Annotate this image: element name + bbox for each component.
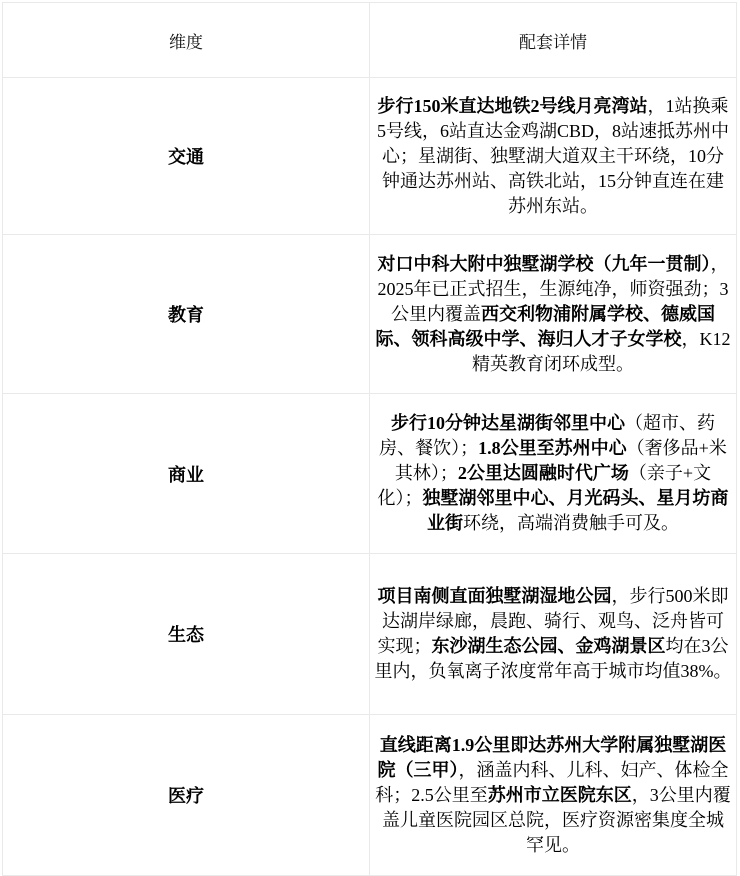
detail-segment: 步行10分钟达星湖街邻里中心 <box>391 413 625 433</box>
dimension-cell: 教育 <box>3 235 370 394</box>
header-row: 维度 配套详情 <box>3 3 737 78</box>
header-dimension: 维度 <box>3 3 370 78</box>
header-details: 配套详情 <box>370 3 737 78</box>
detail-segment: 苏州市立医院东区 <box>488 785 632 805</box>
detail-segment: 1.8公里至苏州中心 <box>478 438 627 458</box>
dimension-label: 教育 <box>168 305 204 325</box>
details-text: 对口中科大附中独墅湖学校（九年一贯制），2025年已正式招生，生源纯净，师资强劲… <box>376 254 731 374</box>
dimension-label: 医疗 <box>168 786 204 806</box>
dimension-label: 生态 <box>168 625 204 645</box>
table-row: 交通 步行150米直达地铁2号线月亮湾站，1站换乘5号线，6站直达金鸡湖CBD，… <box>3 78 737 235</box>
detail-segment: 2公里达圆融时代广场 <box>458 463 629 483</box>
details-text: 步行10分钟达星湖街邻里中心（超市、药房、餐饮）；1.8公里至苏州中心（奢侈品+… <box>378 413 729 533</box>
table-row: 医疗 直线距离1.9公里即达苏州大学附属独墅湖医院（三甲），涵盖内科、儿科、妇产… <box>3 715 737 876</box>
detail-segment: 东沙湖生态公园、金鸡湖景区 <box>432 636 666 656</box>
details-cell: 步行150米直达地铁2号线月亮湾站，1站换乘5号线，6站直达金鸡湖CBD，8站速… <box>370 78 737 235</box>
dimension-cell: 商业 <box>3 394 370 554</box>
dimension-cell: 交通 <box>3 78 370 235</box>
dimension-cell: 生态 <box>3 554 370 715</box>
details-cell: 直线距离1.9公里即达苏州大学附属独墅湖医院（三甲），涵盖内科、儿科、妇产、体检… <box>370 715 737 876</box>
details-text: 项目南侧直面独墅湖湿地公园，步行500米即达湖岸绿廊，晨跑、骑行、观鸟、泛舟皆可… <box>375 586 732 681</box>
table-row: 教育 对口中科大附中独墅湖学校（九年一贯制），2025年已正式招生，生源纯净，师… <box>3 235 737 394</box>
details-cell: 对口中科大附中独墅湖学校（九年一贯制），2025年已正式招生，生源纯净，师资强劲… <box>370 235 737 394</box>
detail-segment: 步行150米直达地铁2号线月亮湾站 <box>378 96 648 116</box>
table-row: 商业 步行10分钟达星湖街邻里中心（超市、药房、餐饮）；1.8公里至苏州中心（奢… <box>3 394 737 554</box>
detail-segment: 项目南侧直面独墅湖湿地公园 <box>378 586 612 606</box>
table-body: 交通 步行150米直达地铁2号线月亮湾站，1站换乘5号线，6站直达金鸡湖CBD，… <box>3 78 737 876</box>
dimension-cell: 医疗 <box>3 715 370 876</box>
detail-segment: 环绕，高端消费触手可及。 <box>463 513 679 533</box>
details-text: 直线距离1.9公里即达苏州大学附属独墅湖医院（三甲），涵盖内科、儿科、妇产、体检… <box>375 735 731 855</box>
details-text: 步行150米直达地铁2号线月亮湾站，1站换乘5号线，6站直达金鸡湖CBD，8站速… <box>377 96 729 216</box>
details-cell: 项目南侧直面独墅湖湿地公园，步行500米即达湖岸绿廊，晨跑、骑行、观鸟、泛舟皆可… <box>370 554 737 715</box>
table-row: 生态 项目南侧直面独墅湖湿地公园，步行500米即达湖岸绿廊，晨跑、骑行、观鸟、泛… <box>3 554 737 715</box>
amenity-table: 维度 配套详情 交通 步行150米直达地铁2号线月亮湾站，1站换乘5号线，6站直… <box>2 2 737 876</box>
dimension-label: 交通 <box>168 147 204 167</box>
dimension-label: 商业 <box>168 465 204 485</box>
detail-segment: 对口中科大附中独墅湖学校（九年一贯制） <box>378 254 711 274</box>
details-cell: 步行10分钟达星湖街邻里中心（超市、药房、餐饮）；1.8公里至苏州中心（奢侈品+… <box>370 394 737 554</box>
